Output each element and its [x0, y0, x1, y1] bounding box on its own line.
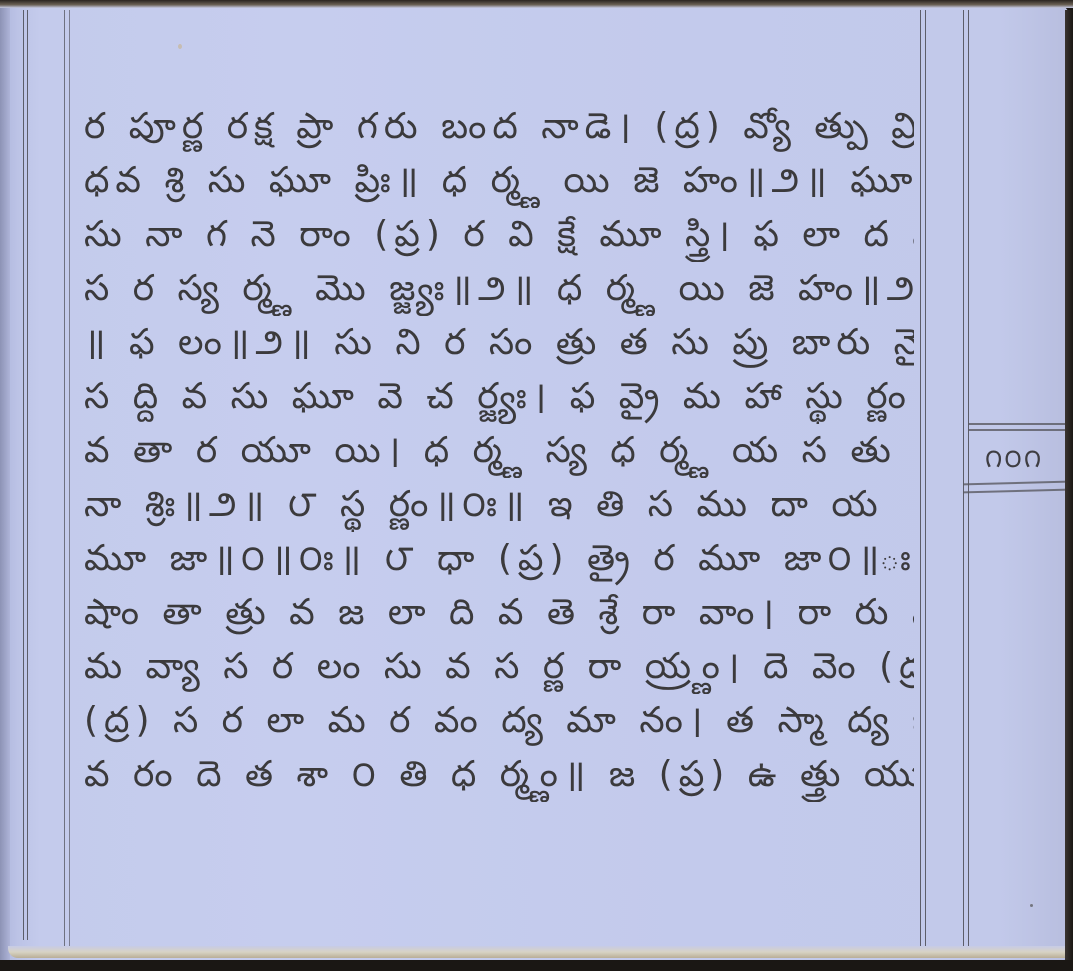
text-line-9: మూ జా॥౦॥౦ః॥ ౮ ధా (ప్ర) త్రై ర మూ జా౦॥ః॥	[84, 532, 914, 586]
text-line-13: వ రం దె త శా ౦ తి ధ ర్మ్ణం॥ జ (ప్ర) ఉ త్…	[84, 748, 914, 802]
left-text-rule	[64, 10, 65, 950]
text-line-11: మ వ్యా స ర లం సు వ స ర్ణ రా య్ర్ణం। దె వ…	[84, 640, 914, 694]
text-line-7: వ తా ర యూ యి। ధ ర్మ్ణ స్య ధ ర్మ్ణ య స తు…	[84, 424, 914, 478]
margin-box-top-rule	[968, 423, 1068, 425]
left-margin-rule	[27, 10, 28, 940]
margin-box-bottom-rule	[963, 489, 1068, 494]
paper-speck	[1030, 904, 1033, 907]
manuscript-page: ౧౦౧ ర పూర్ణ రక్ష ప్రా గరు బంద నాడె। (ద్ర…	[0, 4, 1070, 960]
text-line-6: స ద్ది వ సు ఘూ వె చ ర్జ్యః। ఫ వ్రై మ హా …	[84, 370, 914, 424]
manuscript-scan: ౧౦౧ ర పూర్ణ రక్ష ప్రా గరు బంద నాడె। (ద్ర…	[0, 0, 1073, 971]
page-gutter-shadow	[0, 4, 10, 960]
text-line-3: సు నా గ నె రాం (ప్ర) ర వి క్షే మూ స్త్రి…	[84, 208, 914, 262]
page-bottom-edge	[8, 946, 1068, 958]
handwritten-text-block: ర పూర్ణ రక్ష ప్రా గరు బంద నాడె। (ద్ర) వ్…	[84, 100, 914, 802]
margin-page-number: ౧౦౧	[985, 444, 1043, 480]
margin-box-top-rule	[968, 429, 1068, 431]
text-line-10: షాం తా త్రు వ జ లా ది వ తె శ్రే రా వాం। …	[84, 586, 914, 640]
paper-stain	[178, 44, 182, 49]
text-line-4: స ర స్య ర్మ్ణ మొ జ్జ్యః॥౨॥ ధ ర్మ్ణ యి జె…	[84, 262, 914, 316]
text-line-1: ర పూర్ణ రక్ష ప్రా గరు బంద నాడె। (ద్ర) వ్…	[84, 100, 914, 154]
text-line-5: ॥ ఫ లం॥౨॥ సు ని ర సం త్రు త సు ప్రు బారు…	[84, 316, 914, 370]
left-text-rule	[69, 10, 70, 950]
right-text-rule	[925, 10, 926, 955]
text-line-2: ధవ శ్రి సు ఘూ ప్రిః॥ ధ ర్మ్ణ యి జె హం॥౨॥…	[84, 154, 914, 208]
text-line-12: (ద్ర) స ర లా మ ర వం ద్య మా నం। త స్మా ద్…	[84, 694, 914, 748]
margin-box-bottom-rule	[963, 481, 1068, 486]
right-text-rule	[920, 10, 921, 955]
text-line-8: నా శ్రిః॥౨॥ ౮ స్థ ర్ణం॥౦ః॥ ఇ తి స ము దా …	[84, 478, 914, 532]
page-top-edge	[0, 0, 1073, 8]
page-right-edge	[1065, 10, 1073, 960]
left-margin-rule	[23, 10, 24, 940]
